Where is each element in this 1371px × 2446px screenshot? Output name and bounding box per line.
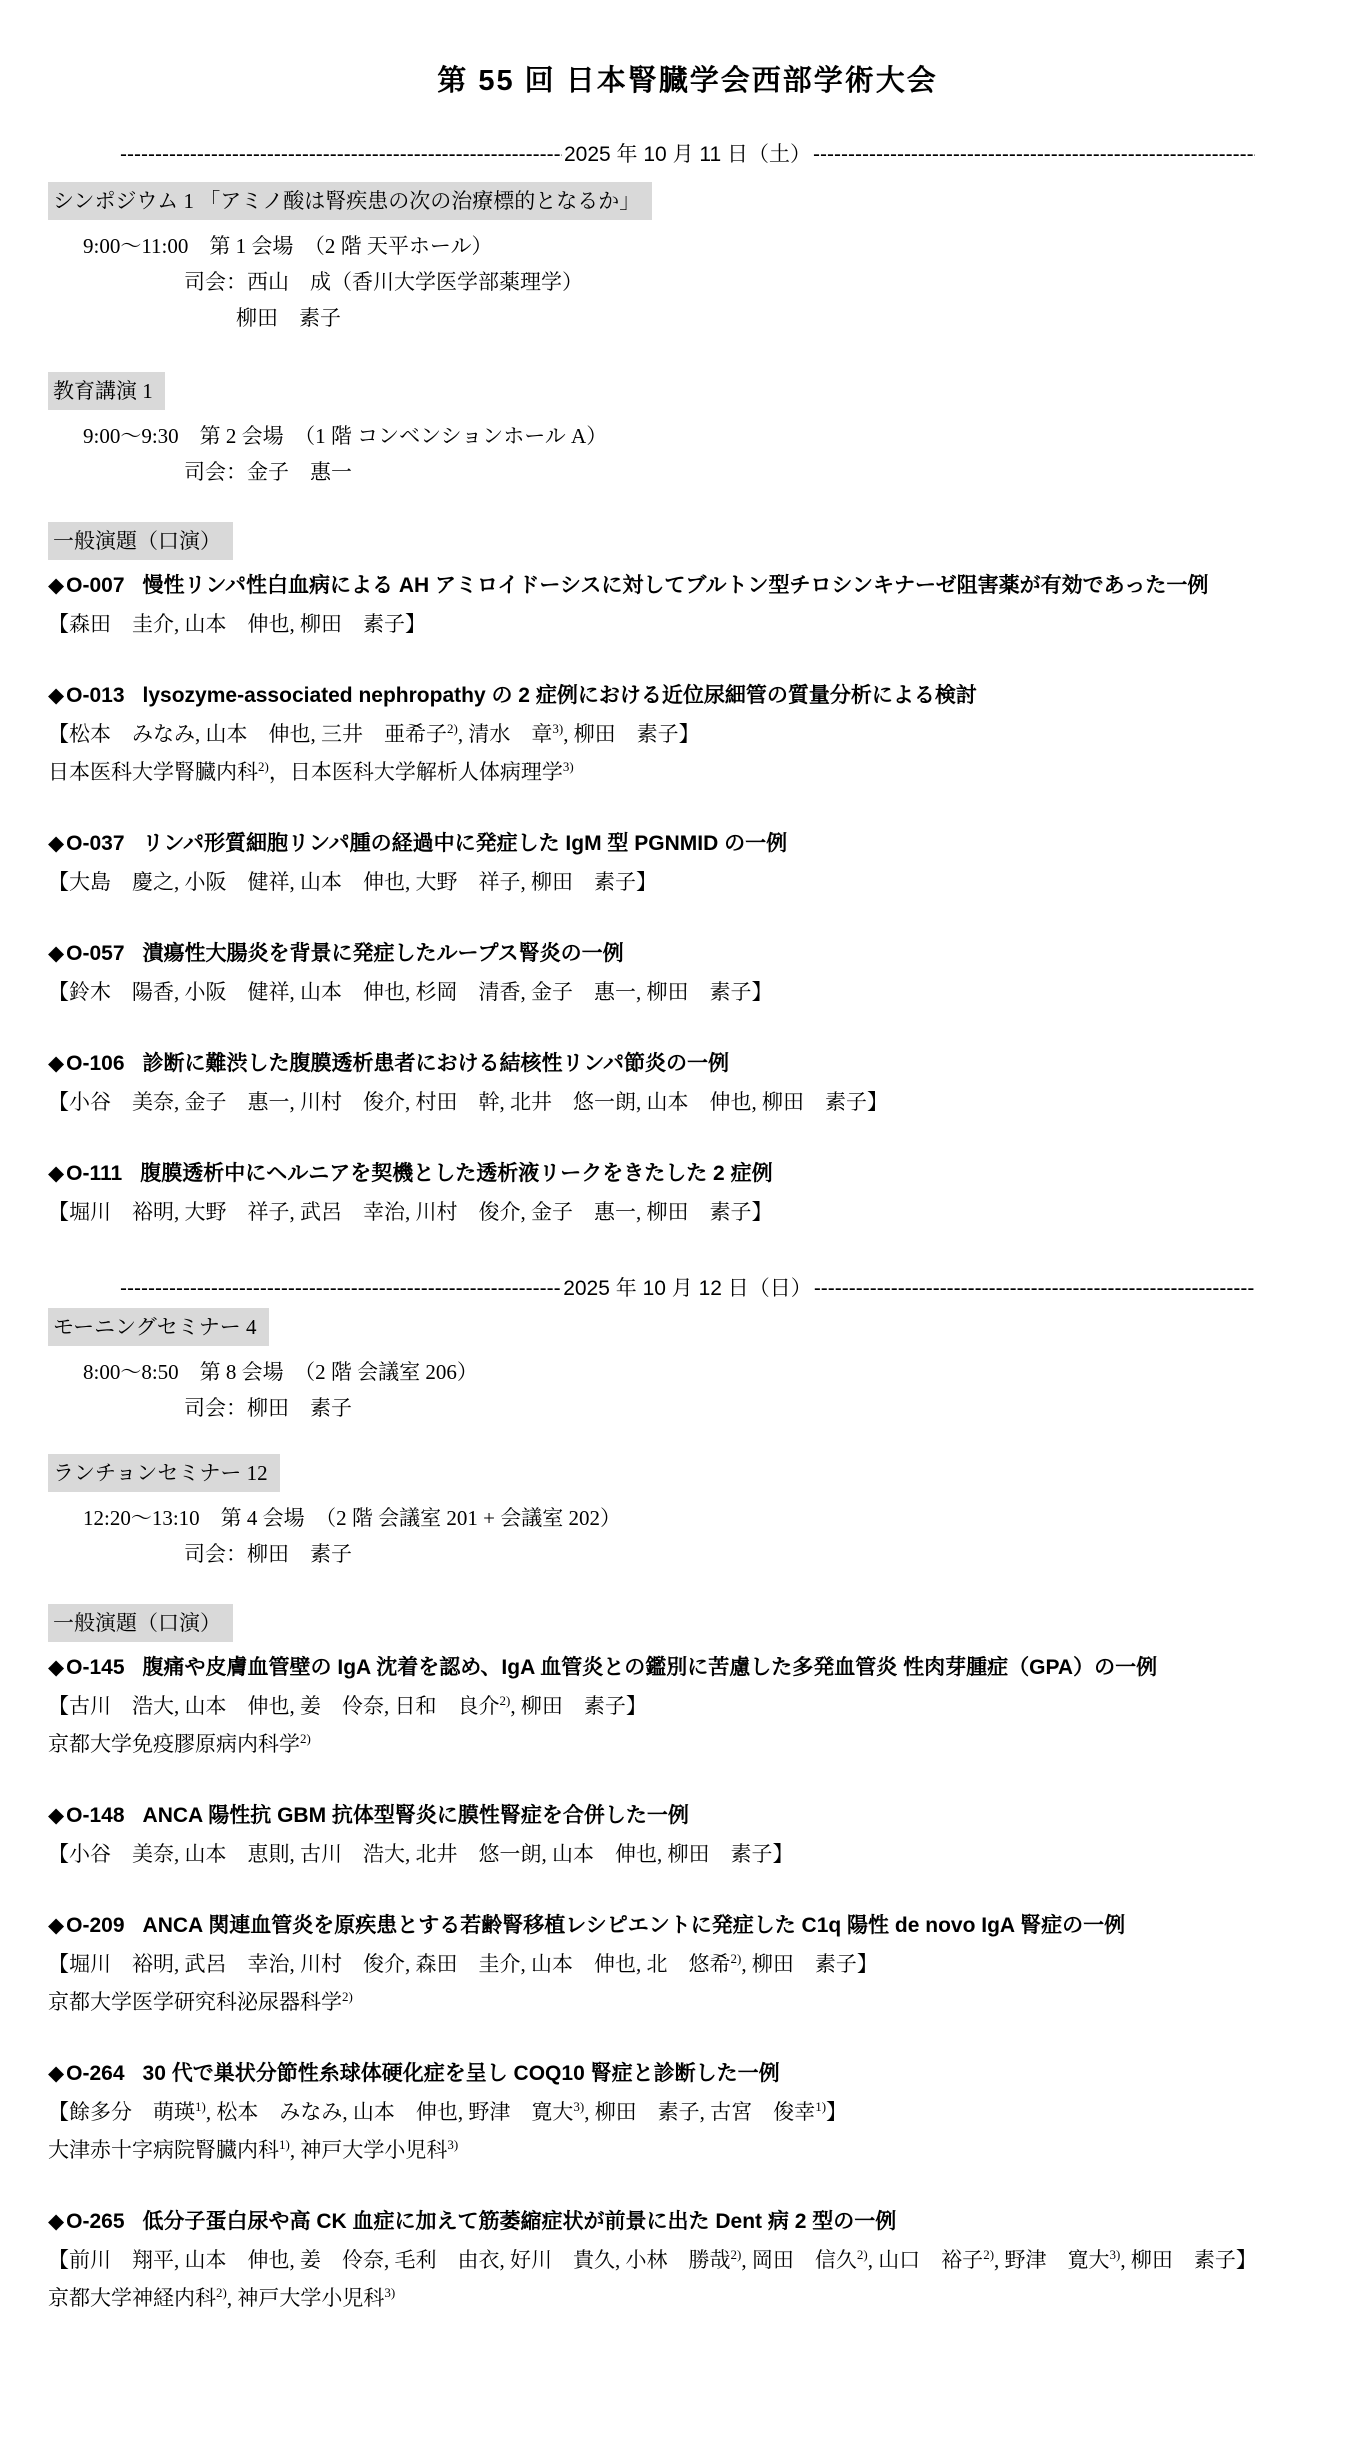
- date-separator-day2: ----------------------------------------…: [120, 1274, 1255, 1304]
- abstract-O-264: ◆O-26430 代で巣状分節性糸球体硬化症を呈し COQ10 腎症と診断した一…: [48, 2056, 1327, 2168]
- educational-lecture-1-chair-1: 司会：金子 惠一: [184, 454, 1327, 490]
- abstract-O-106: ◆O-106診断に難渋した腹膜透析患者における結核性リンパ節炎の一例 【小谷 美…: [48, 1046, 1327, 1120]
- abstract-O-148: ◆O-148ANCA 陽性抗 GBM 抗体型腎炎に膜性腎症を合併した一例 【小谷…: [48, 1798, 1327, 1872]
- abstract-affiliations: 京都大学医学研究科泌尿器科学2): [48, 1984, 1327, 2020]
- day1-date-label: 2025 年 10 月 11 日（土）: [562, 140, 813, 170]
- abstract-O-111: ◆O-111腹膜透析中にヘルニアを契機とした透析液リークをきたした 2 症例 【…: [48, 1156, 1327, 1230]
- abstract-affiliations: 京都大学神経内科2), 神戸大学小児科3): [48, 2280, 1327, 2316]
- educational-lecture-1-time-venue: 9:00～9:30 第 2 会場 （1 階 コンベンションホール A）: [83, 418, 1327, 454]
- abstract-title-text: lysozyme-associated nephropathy の 2 症例にお…: [143, 684, 977, 707]
- diamond-bullet-icon: ◆: [48, 1162, 64, 1185]
- abstract-title-text: 腹膜透析中にヘルニアを契機とした透析液リークをきたした 2 症例: [140, 1162, 772, 1185]
- abstract-title-line: ◆O-265低分子蛋白尿や高 CK 血症に加えて筋萎縮症状が前景に出た Dent…: [48, 2204, 1327, 2240]
- luncheon-seminar-12-chair-1: 司会：柳田 素子: [184, 1536, 1327, 1572]
- abstract-O-037: ◆O-037リンパ形質細胞リンパ腫の経過中に発症した IgM 型 PGNMID …: [48, 826, 1327, 900]
- diamond-bullet-icon: ◆: [48, 942, 64, 965]
- abstract-authors: 【森田 圭介, 山本 伸也, 柳田 素子】: [48, 606, 1327, 642]
- date-separator-day1: ----------------------------------------…: [120, 140, 1255, 170]
- abstract-affiliations: 大津赤十字病院腎臓内科1), 神戸大学小児科3): [48, 2132, 1327, 2168]
- section-header-oral-presentations-day2: 一般演題（口演）: [48, 1604, 233, 1642]
- separator-dash-right: ----------------------------------------…: [814, 1274, 1255, 1304]
- diamond-bullet-icon: ◆: [48, 1804, 64, 1827]
- abstract-id: O-264: [66, 2062, 124, 2085]
- morning-seminar-4-chair-1: 司会：柳田 素子: [184, 1390, 1327, 1426]
- diamond-bullet-icon: ◆: [48, 2062, 64, 2085]
- section-header-luncheon-seminar-12: ランチョンセミナー 12: [48, 1454, 280, 1492]
- abstract-title-line: ◆O-148ANCA 陽性抗 GBM 抗体型腎炎に膜性腎症を合併した一例: [48, 1798, 1327, 1834]
- abstract-title-line: ◆O-26430 代で巣状分節性糸球体硬化症を呈し COQ10 腎症と診断した一…: [48, 2056, 1327, 2092]
- conference-program-page: 第 55 回 日本腎臓学会西部学術大会 --------------------…: [0, 0, 1371, 2386]
- abstract-O-007: ◆O-007慢性リンパ性白血病による AH アミロイドーシスに対してブルトン型チ…: [48, 568, 1327, 642]
- section-header-oral-presentations-day1: 一般演題（口演）: [48, 522, 233, 560]
- day2-date-label: 2025 年 10 月 12 日（日）: [561, 1274, 814, 1304]
- abstract-authors: 【松本 みなみ, 山本 伸也, 三井 亜希子2), 清水 章3), 柳田 素子】: [48, 716, 1327, 752]
- abstract-title-line: ◆O-106診断に難渋した腹膜透析患者における結核性リンパ節炎の一例: [48, 1046, 1327, 1082]
- abstract-title-text: ANCA 陽性抗 GBM 抗体型腎炎に膜性腎症を合併した一例: [143, 1804, 689, 1827]
- abstract-title-line: ◆O-111腹膜透析中にヘルニアを契機とした透析液リークをきたした 2 症例: [48, 1156, 1327, 1192]
- abstract-O-057: ◆O-057潰瘍性大腸炎を背景に発症したループス腎炎の一例 【鈴木 陽香, 小阪…: [48, 936, 1327, 1010]
- abstract-authors: 【鈴木 陽香, 小阪 健祥, 山本 伸也, 杉岡 清香, 金子 惠一, 柳田 素…: [48, 974, 1327, 1010]
- abstract-id: O-037: [66, 832, 124, 855]
- abstract-title-text: 慢性リンパ性白血病による AH アミロイドーシスに対してブルトン型チロシンキナー…: [143, 574, 1209, 597]
- abstract-id: O-007: [66, 574, 124, 597]
- abstract-title-text: 腹痛や皮膚血管壁の IgA 沈着を認め、IgA 血管炎との鑑別に苦慮した多発血管…: [143, 1656, 1158, 1679]
- abstract-title-line: ◆O-037リンパ形質細胞リンパ腫の経過中に発症した IgM 型 PGNMID …: [48, 826, 1327, 862]
- abstract-affiliations: 日本医科大学腎臓内科2)，日本医科大学解析人体病理学3): [48, 754, 1327, 790]
- abstract-id: O-209: [66, 1914, 124, 1937]
- abstract-authors: 【前川 翔平, 山本 伸也, 姜 伶奈, 毛利 由衣, 好川 貴久, 小林 勝哉…: [48, 2242, 1327, 2278]
- abstract-O-209: ◆O-209ANCA 関連血管炎を原疾患とする若齢腎移植レシピエントに発症した …: [48, 1908, 1327, 2020]
- abstract-id: O-106: [66, 1052, 124, 1075]
- symposium-1-chair-2: 柳田 素子: [236, 300, 1327, 336]
- abstract-title-text: ANCA 関連血管炎を原疾患とする若齢腎移植レシピエントに発症した C1q 陽性…: [143, 1914, 1126, 1937]
- abstract-O-013: ◆O-013lysozyme-associated nephropathy の …: [48, 678, 1327, 790]
- symposium-1-chair-1: 司会：西山 成（香川大学医学部薬理学）: [184, 264, 1327, 300]
- section-header-morning-seminar-4: モーニングセミナー 4: [48, 1308, 269, 1346]
- abstract-authors: 【古川 浩大, 山本 伸也, 姜 伶奈, 日和 良介2), 柳田 素子】: [48, 1688, 1327, 1724]
- abstract-O-145: ◆O-145腹痛や皮膚血管壁の IgA 沈着を認め、IgA 血管炎との鑑別に苦慮…: [48, 1650, 1327, 1762]
- diamond-bullet-icon: ◆: [48, 1656, 64, 1679]
- abstract-title-line: ◆O-013lysozyme-associated nephropathy の …: [48, 678, 1327, 714]
- separator-dash-left: ----------------------------------------…: [120, 1274, 561, 1304]
- abstract-id: O-111: [66, 1162, 122, 1185]
- abstract-title-text: 低分子蛋白尿や高 CK 血症に加えて筋萎縮症状が前景に出た Dent 病 2 型…: [143, 2210, 897, 2233]
- abstract-id: O-057: [66, 942, 124, 965]
- diamond-bullet-icon: ◆: [48, 684, 64, 707]
- section-header-educational-lecture-1: 教育講演 1: [48, 372, 165, 410]
- diamond-bullet-icon: ◆: [48, 1052, 64, 1075]
- abstract-title-line: ◆O-209ANCA 関連血管炎を原疾患とする若齢腎移植レシピエントに発症した …: [48, 1908, 1327, 1944]
- section-header-symposium-1: シンポジウム 1 「アミノ酸は腎疾患の次の治療標的となるか」: [48, 182, 652, 220]
- abstract-title-text: リンパ形質細胞リンパ腫の経過中に発症した IgM 型 PGNMID の一例: [143, 832, 788, 855]
- symposium-1-time-venue: 9:00～11:00 第 1 会場 （2 階 天平ホール）: [83, 228, 1327, 264]
- diamond-bullet-icon: ◆: [48, 2210, 64, 2233]
- abstract-authors: 【小谷 美奈, 山本 恵則, 古川 浩大, 北井 悠一朗, 山本 伸也, 柳田 …: [48, 1836, 1327, 1872]
- abstract-authors: 【堀川 裕明, 大野 祥子, 武呂 幸治, 川村 俊介, 金子 惠一, 柳田 素…: [48, 1194, 1327, 1230]
- separator-dash-left: ----------------------------------------…: [120, 140, 562, 170]
- abstract-authors: 【餘多分 萌瑛1), 松本 みなみ, 山本 伸也, 野津 寛大3), 柳田 素子…: [48, 2094, 1327, 2130]
- luncheon-seminar-12-time-venue: 12:20～13:10 第 4 会場 （2 階 会議室 201 + 会議室 20…: [83, 1500, 1327, 1536]
- abstract-title-line: ◆O-007慢性リンパ性白血病による AH アミロイドーシスに対してブルトン型チ…: [48, 568, 1327, 604]
- diamond-bullet-icon: ◆: [48, 1914, 64, 1937]
- diamond-bullet-icon: ◆: [48, 574, 64, 597]
- separator-dash-right: ----------------------------------------…: [813, 140, 1255, 170]
- abstract-O-265: ◆O-265低分子蛋白尿や高 CK 血症に加えて筋萎縮症状が前景に出た Dent…: [48, 2204, 1327, 2316]
- diamond-bullet-icon: ◆: [48, 832, 64, 855]
- page-title: 第 55 回 日本腎臓学会西部学術大会: [48, 62, 1327, 100]
- abstract-title-text: 診断に難渋した腹膜透析患者における結核性リンパ節炎の一例: [143, 1052, 730, 1075]
- abstract-title-line: ◆O-057潰瘍性大腸炎を背景に発症したループス腎炎の一例: [48, 936, 1327, 972]
- abstract-affiliations: 京都大学免疫膠原病内科学2): [48, 1726, 1327, 1762]
- abstract-id: O-265: [66, 2210, 124, 2233]
- abstract-authors: 【堀川 裕明, 武呂 幸治, 川村 俊介, 森田 圭介, 山本 伸也, 北 悠希…: [48, 1946, 1327, 1982]
- abstract-id: O-148: [66, 1804, 124, 1827]
- abstract-id: O-145: [66, 1656, 124, 1679]
- morning-seminar-4-time-venue: 8:00～8:50 第 8 会場 （2 階 会議室 206）: [83, 1354, 1327, 1390]
- abstract-id: O-013: [66, 684, 124, 707]
- abstract-authors: 【大島 慶之, 小阪 健祥, 山本 伸也, 大野 祥子, 柳田 素子】: [48, 864, 1327, 900]
- abstract-title-text: 潰瘍性大腸炎を背景に発症したループス腎炎の一例: [143, 942, 624, 965]
- abstract-title-text: 30 代で巣状分節性糸球体硬化症を呈し COQ10 腎症と診断した一例: [143, 2062, 780, 2085]
- abstract-title-line: ◆O-145腹痛や皮膚血管壁の IgA 沈着を認め、IgA 血管炎との鑑別に苦慮…: [48, 1650, 1327, 1686]
- abstract-authors: 【小谷 美奈, 金子 惠一, 川村 俊介, 村田 幹, 北井 悠一朗, 山本 伸…: [48, 1084, 1327, 1120]
